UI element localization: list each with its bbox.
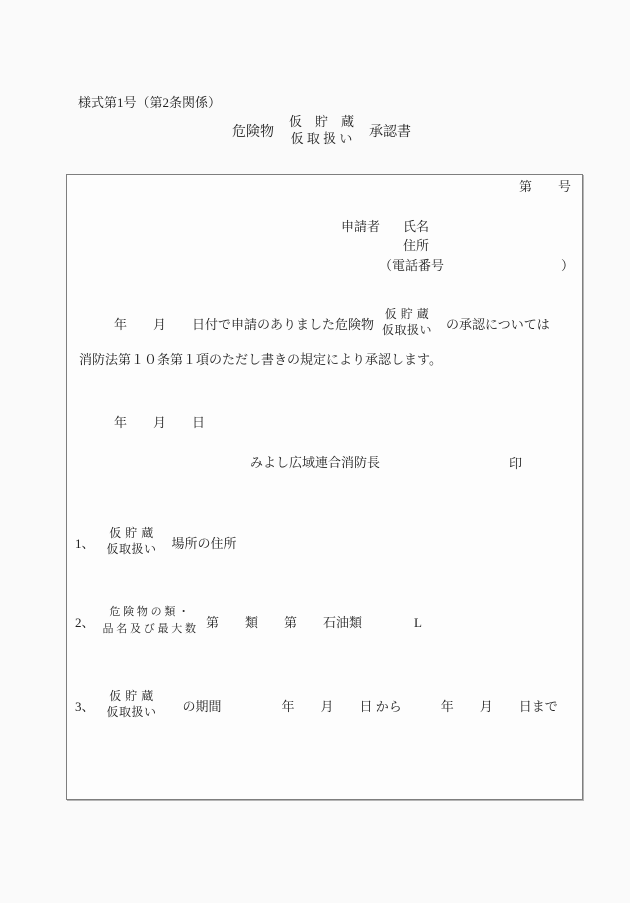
hazmat-name-qty-label: 品 名 及 び 最 大 数 bbox=[103, 621, 197, 638]
body-kari-stack: 仮 貯 蔵 仮取扱い bbox=[382, 307, 432, 338]
item-2-number: 2、 bbox=[75, 612, 95, 631]
item-3-period-line: 年 月 日 から 年 月 日まで bbox=[282, 696, 558, 715]
fire-chief-label: みよし広域連合消防長 bbox=[250, 455, 380, 471]
item-2-fill-line: 第 類 第 石油類 L bbox=[206, 612, 422, 631]
item-1-row: 1、 仮 貯 蔵 仮取扱い 場所の住所 bbox=[75, 524, 237, 560]
item-3-kari-stack: 仮 貯 蔵 仮取扱い bbox=[107, 689, 157, 720]
kari-chozo-label: 仮 貯 蔵 bbox=[289, 114, 354, 131]
approval-date-line: 年 月 日 bbox=[114, 415, 205, 431]
body-line1-post: の承認については bbox=[446, 314, 550, 333]
seal-mark: 印 bbox=[509, 456, 522, 472]
body-line1: 年 月 日付で申請のありました危険物 仮 貯 蔵 仮取扱い の承認については bbox=[114, 306, 550, 340]
kari-toriatsukai-label: 仮取扱い bbox=[382, 323, 432, 339]
kari-chozo-label: 仮 貯 蔵 bbox=[109, 526, 154, 542]
item-3-row: 3、 仮 貯 蔵 仮取扱い の期間 年 月 日 から 年 月 日まで bbox=[75, 685, 558, 725]
phone-close-paren: ） bbox=[561, 258, 574, 274]
kari-toriatsukai-label: 仮取扱い bbox=[107, 542, 157, 558]
applicant-address-label: 住所 bbox=[403, 238, 429, 254]
title-prefix: 危険物 bbox=[232, 121, 274, 141]
item-2-category-stack: 危 険 物 の 類 ・ 品 名 及 び 最 大 数 bbox=[103, 604, 197, 638]
kari-chozo-label: 仮 貯 蔵 bbox=[385, 307, 430, 323]
document-page: 様式第1号（第2条関係） 危険物 仮 貯 蔵 仮 取 扱 い 承認書 第 号 申… bbox=[0, 0, 630, 903]
body-line2: 消防法第１０条第１項のただし書きの規定により承認します。 bbox=[79, 352, 442, 368]
hazmat-class-label: 危 険 物 の 類 ・ bbox=[109, 604, 189, 621]
kari-chozo-label: 仮 貯 蔵 bbox=[109, 689, 154, 705]
applicant-name-label: 氏名 bbox=[403, 219, 429, 235]
item-3-label: の期間 bbox=[183, 696, 222, 715]
title-kari-stack: 仮 貯 蔵 仮 取 扱 い bbox=[289, 114, 354, 148]
item-1-label: 場所の住所 bbox=[172, 533, 237, 552]
document-title: 危険物 仮 貯 蔵 仮 取 扱 い 承認書 bbox=[232, 113, 411, 149]
applicant-label: 申請者 bbox=[341, 219, 380, 235]
item-2-row: 2、 危 険 物 の 類 ・ 品 名 及 び 最 大 数 第 類 第 石油類 L bbox=[75, 601, 422, 641]
kari-toriatsukai-label: 仮 取 扱 い bbox=[291, 131, 353, 148]
item-1-number: 1、 bbox=[75, 533, 95, 552]
form-number-label: 様式第1号（第2条関係） bbox=[78, 95, 221, 111]
body-line1-pre: 年 月 日付で申請のありました危険物 bbox=[114, 314, 374, 333]
approval-form-box: 第 号 申請者 氏名 住所 （電話番号 ） 年 月 日付で申請のありました危険物… bbox=[66, 174, 583, 800]
kari-toriatsukai-label: 仮取扱い bbox=[107, 705, 157, 721]
applicant-phone-label: （電話番号 bbox=[379, 258, 444, 274]
title-suffix: 承認書 bbox=[369, 121, 411, 141]
doc-number: 第 号 bbox=[519, 179, 571, 195]
item-3-number: 3、 bbox=[75, 696, 95, 715]
item-1-kari-stack: 仮 貯 蔵 仮取扱い bbox=[107, 526, 157, 557]
